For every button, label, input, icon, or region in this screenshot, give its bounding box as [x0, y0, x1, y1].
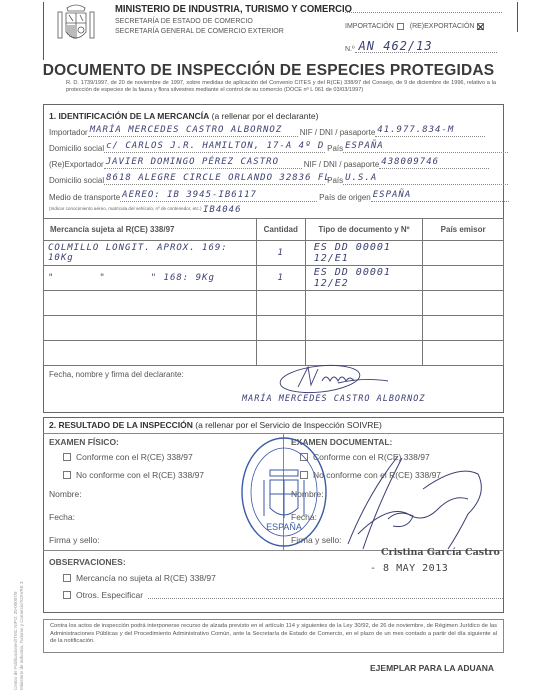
physical-conforme-label: Conforme con el R(CE) 338/97: [76, 452, 193, 462]
obs-other-checkbox[interactable]: [63, 591, 71, 599]
section-1-note: (a rellenar por el declarante): [212, 111, 319, 121]
legal-notice: Contra los actos de inspección podrá int…: [43, 619, 504, 653]
exporter-address-label: Domicilio social: [49, 176, 104, 185]
goods-cell[interactable]: " " " 168: 9Kg: [44, 266, 257, 291]
physical-no-conforme-label: No conforme con el R(CE) 338/97: [76, 470, 204, 480]
physical-date-label: Fecha:: [49, 512, 75, 522]
origin-label: País de origen: [319, 193, 371, 202]
header-right-divider: [517, 2, 518, 32]
import-checkbox[interactable]: [397, 23, 404, 30]
transport-label: Medio de transporte: [49, 193, 120, 202]
goods-table: Mercancía sujeta al R(CE) 338/97 Cantida…: [43, 218, 504, 366]
physical-signature-label: Firma y sello:: [49, 535, 100, 545]
section-1-title: 1. IDENTIFICACIÓN DE LA MERCANCÍA (a rel…: [49, 111, 318, 121]
section-1-heading: 1. IDENTIFICACIÓN DE LA MERCANCÍA: [49, 111, 209, 121]
official-stamp-icon: ESPAÑA: [240, 436, 328, 548]
goods-table-header: Mercancía sujeta al R(CE) 338/97 Cantida…: [44, 219, 504, 241]
col-goods: Mercancía sujeta al R(CE) 338/97: [44, 219, 257, 241]
obs-other-label: Otros. Especificar: [76, 590, 143, 600]
table-row: [44, 291, 504, 316]
goods-cell[interactable]: [44, 291, 257, 316]
import-label: IMPORTACIÓN: [345, 23, 394, 30]
header-dotted-line: [345, 12, 502, 13]
importer-country-field[interactable]: ESPAÑA: [343, 141, 508, 153]
importer-address-row: Domicilio social c/ CARLOS J.R. HAMILTON…: [49, 140, 508, 153]
inspector-signature-icon[interactable]: [328, 454, 488, 554]
country-cell[interactable]: [423, 266, 504, 291]
exporter-country-field[interactable]: U.S.A: [343, 173, 508, 185]
exporter-country-label: País: [327, 176, 343, 185]
secretariat-state: SECRETARÍA DE ESTADO DE COMERCIO: [115, 18, 253, 25]
importer-country-label: País: [327, 144, 343, 153]
observations-title: OBSERVACIONES:: [49, 557, 126, 567]
importer-id-label: NIF / DNI / pasaporte: [300, 128, 376, 137]
section-2-note: (a rellenar por el Servicio de Inspecció…: [195, 420, 382, 430]
physical-conforme-checkbox[interactable]: [63, 453, 71, 461]
document-title: DOCUMENTO DE INSPECCIÓN DE ESPECIES PROT…: [0, 62, 537, 80]
side-publication-text: Centro de Publicaciones/ITMC NIPO: 20-00…: [13, 581, 25, 690]
exporter-row: (Re)Exportador JAVIER DOMINGO PÉREZ CAST…: [49, 156, 489, 169]
importer-label: Importador: [49, 128, 88, 137]
col-country: País emisor: [423, 219, 504, 241]
section-2-header-divider: [43, 433, 504, 434]
country-cell[interactable]: [423, 316, 504, 341]
stamp-country: ESPAÑA: [266, 522, 302, 532]
country-cell[interactable]: [423, 291, 504, 316]
goods-cell[interactable]: COLMILLO LONGIT. APROX. 169: 10Kg: [44, 241, 257, 266]
number-label: N.º: [345, 46, 355, 53]
goods-cell[interactable]: [44, 341, 257, 366]
exporter-label: (Re)Exportador: [49, 160, 104, 169]
country-cell[interactable]: [423, 341, 504, 366]
physical-name-label: Nombre:: [49, 489, 82, 499]
obs-not-subject-checkbox[interactable]: [63, 574, 71, 582]
table-row: [44, 341, 504, 366]
declarant-signature-icon[interactable]: [278, 361, 388, 395]
physical-conforme-option[interactable]: Conforme con el R(CE) 338/97: [63, 452, 193, 462]
quantity-cell[interactable]: [256, 316, 305, 341]
export-label: (RE)EXPORTACIÓN: [410, 23, 475, 30]
table-row: " " " 168: 9Kg 1 ES DD 00001 12/E2: [44, 266, 504, 291]
importer-id-field[interactable]: 41.977.834-M: [375, 125, 485, 137]
exporter-field[interactable]: JAVIER DOMINGO PÉREZ CASTRO: [104, 157, 302, 169]
section-2-heading: 2. RESULTADO DE LA INSPECCIÓN: [49, 420, 193, 430]
operation-type: IMPORTACIÓN (RE)EXPORTACIÓN: [345, 23, 484, 30]
table-row: [44, 316, 504, 341]
physical-exam-title: EXAMEN FÍSICO:: [49, 437, 119, 447]
document-cell[interactable]: [305, 316, 423, 341]
transport-row: Medio de transporte AEREO: IB 3945-IB611…: [49, 189, 509, 202]
ministry-name: MINISTERIO DE INDUSTRIA, TURISMO Y COMER…: [115, 3, 352, 15]
document-cell[interactable]: ES DD 00001 12/E1: [305, 241, 423, 266]
col-document: Tipo de documento y Nº: [305, 219, 423, 241]
obs-not-subject-label: Mercancía no sujeta al R(CE) 338/97: [76, 573, 216, 583]
quantity-cell[interactable]: 1: [256, 241, 305, 266]
exporter-address-field[interactable]: 8618 ALEGRE CIRCLE ORLANDO 32836 FL: [104, 173, 325, 185]
coat-of-arms-icon: [55, 2, 97, 46]
section-2-title: 2. RESULTADO DE LA INSPECCIÓN (a rellena…: [49, 420, 382, 430]
transport-field-continued[interactable]: IB4046: [203, 205, 242, 215]
goods-cell[interactable]: [44, 316, 257, 341]
document-cell[interactable]: [305, 291, 423, 316]
origin-field[interactable]: ESPAÑA: [371, 190, 509, 202]
transport-note: (Indicar conocimiento aéreo, matrícula d…: [49, 206, 202, 211]
inspection-date-stamp: - 8 MAY 2013: [370, 563, 448, 574]
inspector-name: Cristina García Castro: [381, 547, 500, 558]
importer-address-field[interactable]: c/ CARLOS J.R. HAMILTON, 17-A 4º D: [104, 141, 325, 153]
table-row: COLMILLO LONGIT. APROX. 169: 10Kg 1 ES D…: [44, 241, 504, 266]
importer-row: Importador MARÍA MERCEDES CASTRO ALBORNO…: [49, 124, 485, 137]
col-quantity: Cantidad: [256, 219, 305, 241]
exporter-id-label: NIF / DNI / pasaporte: [304, 160, 380, 169]
export-checkbox[interactable]: [477, 23, 484, 30]
side-text-line-2: Ministerio de Industria, Turismo y Comer…: [19, 581, 25, 690]
document-number: N.º AN 462/13: [345, 40, 497, 53]
quantity-cell[interactable]: 1: [256, 266, 305, 291]
copy-label: EJEMPLAR PARA LA ADUANA: [370, 663, 494, 673]
quantity-cell[interactable]: [256, 291, 305, 316]
number-value[interactable]: AN 462/13: [355, 40, 497, 53]
exporter-address-row: Domicilio social 8618 ALEGRE CIRCLE ORLA…: [49, 172, 508, 185]
physical-no-conforme-option[interactable]: No conforme con el R(CE) 338/97: [63, 470, 204, 480]
obs-not-subject-option[interactable]: Mercancía no sujeta al R(CE) 338/97: [63, 573, 216, 583]
obs-other-field[interactable]: [148, 592, 503, 599]
country-cell[interactable]: [423, 241, 504, 266]
declarant-name[interactable]: MARÍA MERCEDES CASTRO ALBORNOZ: [242, 394, 426, 404]
obs-other-option[interactable]: Otros. Especificar: [63, 590, 503, 600]
importer-address-label: Domicilio social: [49, 144, 104, 153]
declarant-label: Fecha, nombre y firma del declarante:: [49, 370, 184, 379]
secretariat-general: SECRETARÍA GENERAL DE COMERCIO EXTERIOR: [115, 28, 284, 35]
importer-field[interactable]: MARÍA MERCEDES CASTRO ALBORNOZ: [88, 125, 298, 137]
transport-field[interactable]: AEREO: IB 3945-IB6117: [120, 190, 317, 202]
header-divider: [43, 2, 44, 60]
document-legal-reference: R. D. 1739/1997, de 20 de noviembre de 1…: [66, 80, 496, 94]
exporter-id-field[interactable]: 438009746: [379, 157, 489, 169]
physical-no-conforme-checkbox[interactable]: [63, 471, 71, 479]
document-cell[interactable]: ES DD 00001 12/E2: [305, 266, 423, 291]
